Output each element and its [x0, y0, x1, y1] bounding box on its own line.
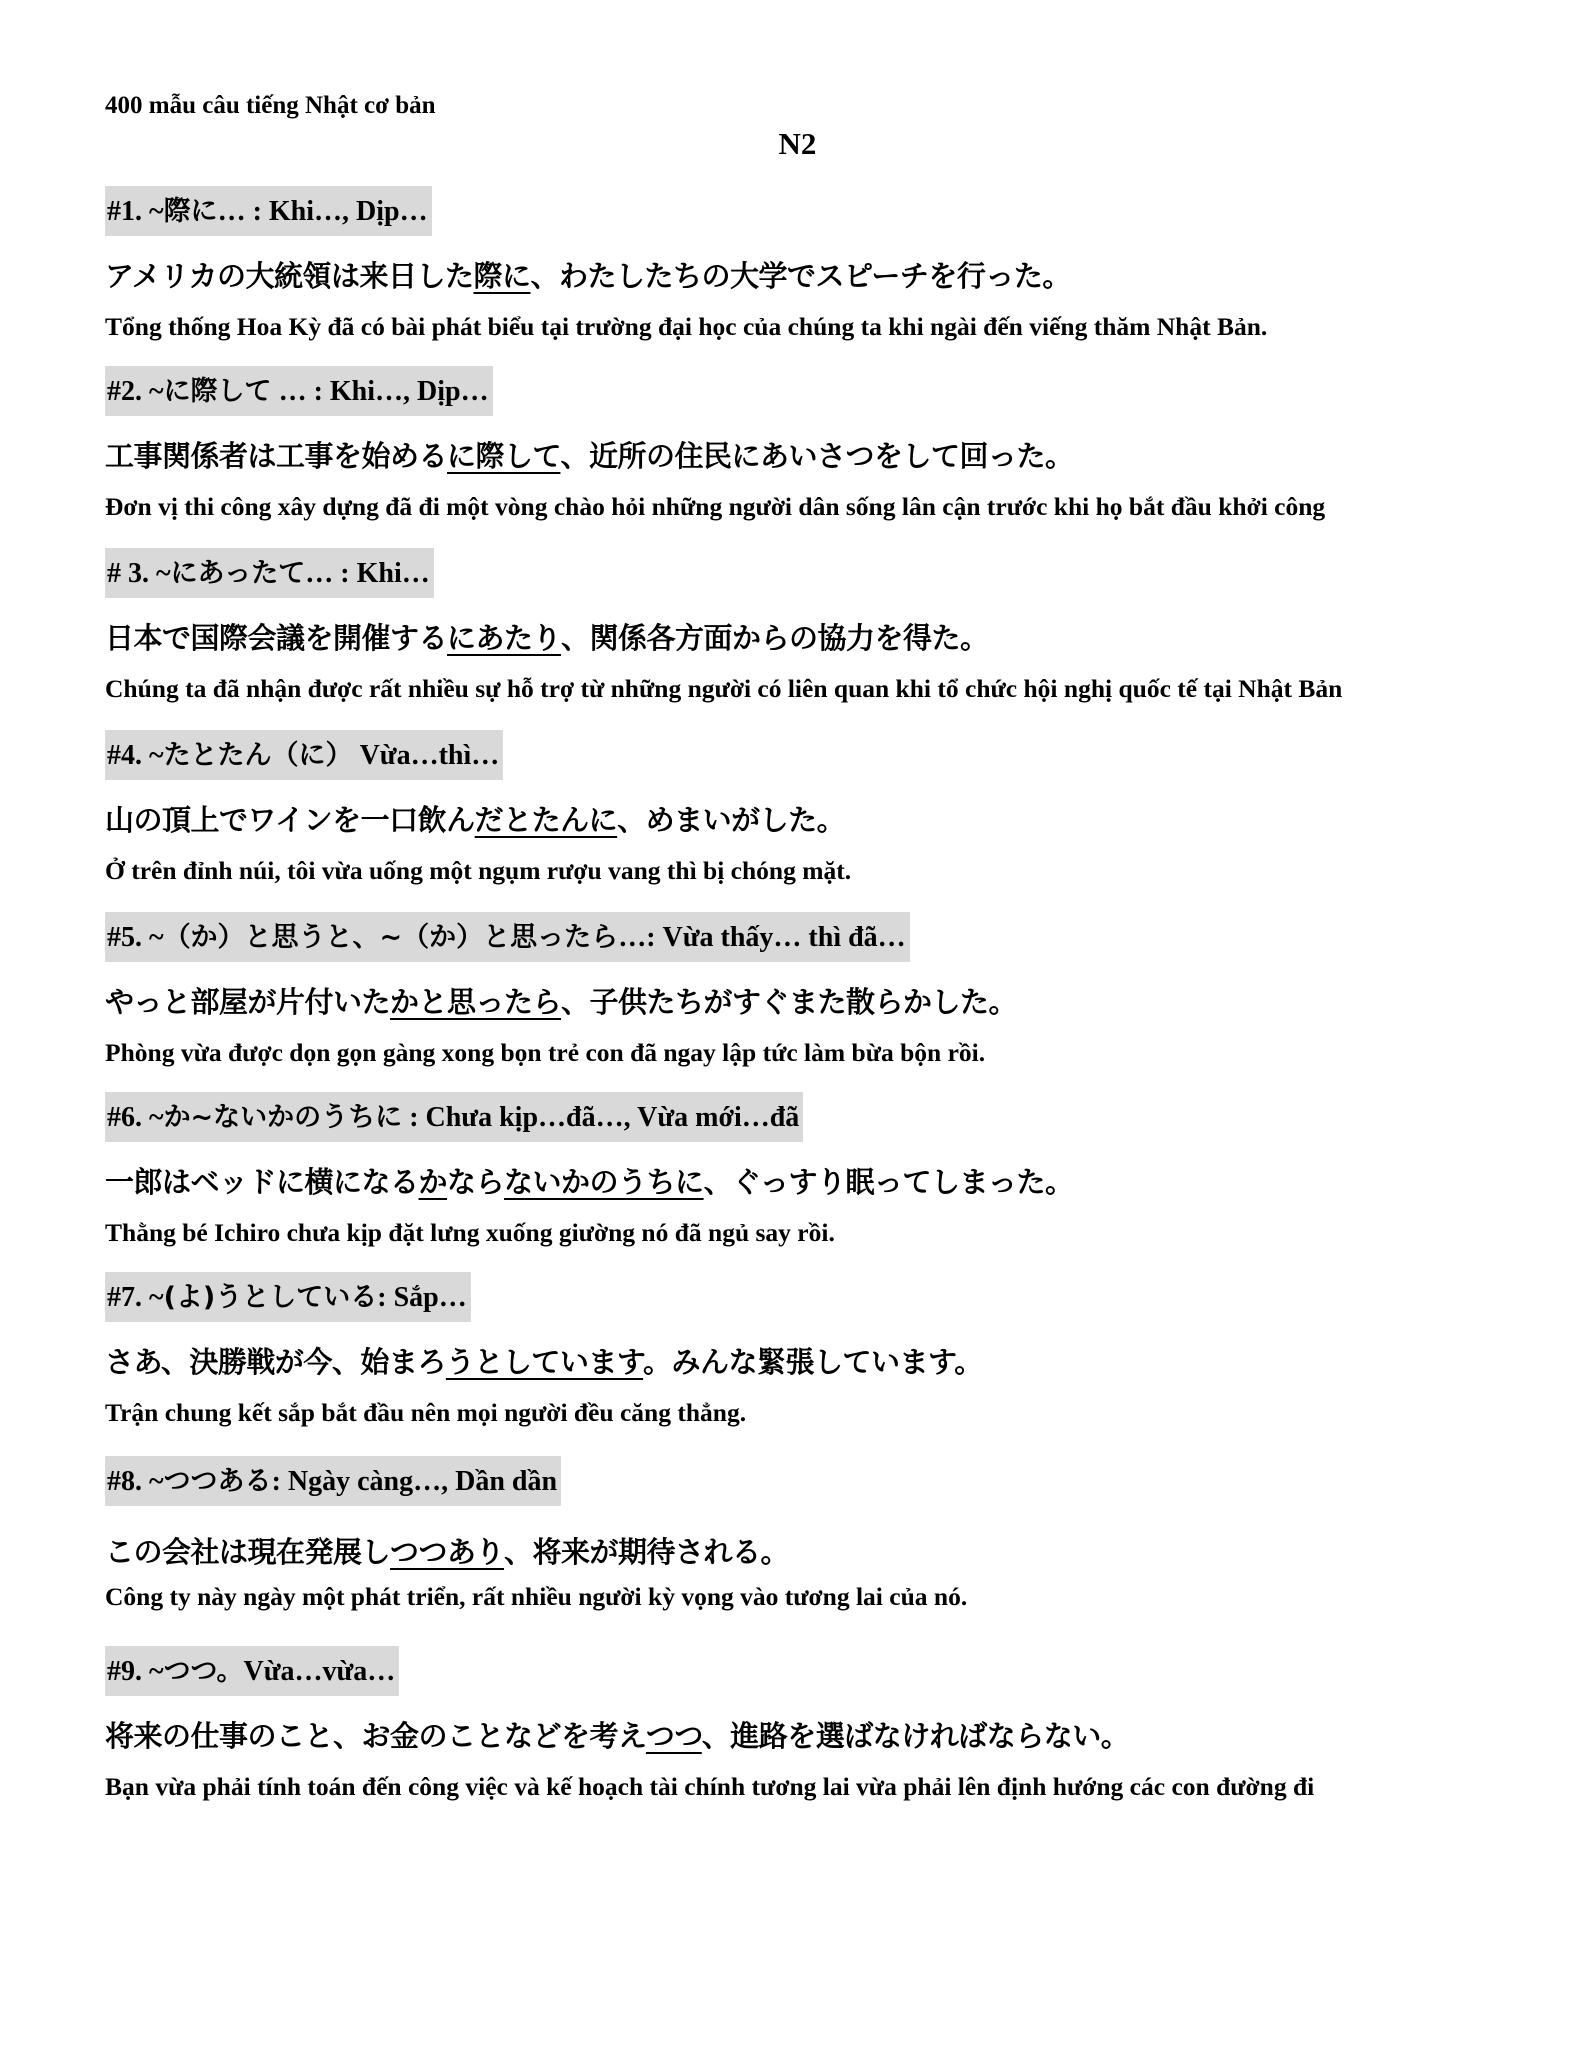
heading-number: #2. ~: [107, 376, 164, 407]
heading-number: #8. ~: [107, 1466, 164, 1497]
example-sentence: やっと部屋が片付いたかと思ったら、子供たちがすぐまた散らかした。: [105, 982, 1525, 1022]
grammar-heading: #2. ~に際して … : Khi…, Dịp…: [105, 366, 493, 416]
example-sentence: 工事関係者は工事を始めるに際して、近所の住民にあいさつをして回った。: [105, 436, 1525, 476]
heading-number: # 3. ~: [107, 558, 171, 589]
document-title: 400 mẫu câu tiếng Nhật cơ bản: [105, 92, 436, 120]
heading-meaning: … : Khi…, Dịp…: [272, 376, 489, 407]
heading-pattern: （か）と思うと、~（か）と思ったら: [164, 922, 619, 953]
grammar-item-8: #8. ~つつある: Ngày càng…, Dần dần この会社は現在発展…: [105, 1456, 1525, 1612]
heading-meaning: … : Khi…, Dịp…: [218, 196, 428, 227]
heading-meaning: : Chưa kịp…đã…, Vừa mới…đã: [402, 1102, 799, 1133]
example-sentence: 将来の仕事のこと、お金のことなどを考えつつ、進路を選ばなければならない。: [105, 1716, 1525, 1756]
underlined-pattern: つつ: [646, 1719, 702, 1753]
example-sentence: 一郎はベッドに横になるかならないかのうちに、ぐっすり眠ってしまった。: [105, 1162, 1525, 1202]
heading-number: #9. ~: [107, 1656, 164, 1687]
grammar-item-2: #2. ~に際して … : Khi…, Dịp… 工事関係者は工事を始めるに際し…: [105, 366, 1525, 522]
grammar-heading: #9. ~つつ。Vừa…vừa…: [105, 1646, 399, 1696]
grammar-heading: #5. ~（か）と思うと、~（か）と思ったら…: Vừa thấy… thì đ…: [105, 912, 910, 962]
heading-meaning: …: Vừa thấy… thì đã…: [618, 922, 906, 953]
grammar-heading: #7. ~(よ)うとしている: Sắp…: [105, 1272, 471, 1322]
underlined-pattern: うとしています: [446, 1345, 643, 1379]
grammar-heading: #6. ~か~ないかのうちに : Chưa kịp…đã…, Vừa mới…đ…: [105, 1092, 803, 1142]
heading-meaning: Vừa…thì…: [353, 740, 500, 771]
grammar-heading: #4. ~たとたん（に） Vừa…thì…: [105, 730, 503, 780]
translation: Thằng bé Ichiro chưa kịp đặt lưng xuống …: [105, 1218, 1525, 1248]
underlined-pattern: つつあり: [390, 1535, 504, 1569]
heading-pattern: か~ないかのうちに: [164, 1102, 403, 1133]
translation: Đơn vị thi công xây dựng đã đi một vòng …: [105, 492, 1525, 522]
heading-number: #4. ~: [107, 740, 164, 771]
example-sentence: さあ、決勝戦が今、始まろうとしています。みんな緊張しています。: [105, 1342, 1525, 1382]
heading-meaning: Vừa…vừa…: [243, 1656, 395, 1687]
heading-pattern: たとたん（に）: [164, 740, 353, 771]
grammar-item-9: #9. ~つつ。Vừa…vừa… 将来の仕事のこと、お金のことなどを考えつつ、進…: [105, 1646, 1525, 1802]
underlined-pattern: だとたんに: [475, 803, 618, 837]
grammar-heading: # 3. ~にあったて… : Khi…: [105, 548, 434, 598]
translation: Công ty này ngày một phát triển, rất nhi…: [105, 1582, 1525, 1612]
grammar-item-1: #1. ~際に… : Khi…, Dịp… アメリカの大統領は来日した際に、わた…: [105, 186, 1525, 342]
heading-number: #1. ~: [107, 196, 164, 227]
translation: Phòng vừa được dọn gọn gàng xong bọn trẻ…: [105, 1038, 1525, 1068]
grammar-item-3: # 3. ~にあったて… : Khi… 日本で国際会議を開催するにあたり、関係各…: [105, 548, 1525, 704]
underlined-pattern: にあたり: [447, 621, 561, 655]
translation: Trận chung kết sắp bắt đầu nên mọi người…: [105, 1398, 1525, 1428]
heading-number: #6. ~: [107, 1102, 164, 1133]
heading-pattern: に際して: [164, 376, 272, 407]
translation: Bạn vừa phải tính toán đến công việc và …: [105, 1772, 1525, 1802]
underlined-pattern: ないかのうちに: [504, 1165, 704, 1199]
translation: Ở trên đỉnh núi, tôi vừa uống một ngụm r…: [105, 856, 1525, 886]
heading-pattern: つつ。: [164, 1656, 244, 1687]
grammar-item-6: #6. ~か~ないかのうちに : Chưa kịp…đã…, Vừa mới…đ…: [105, 1092, 1525, 1248]
example-sentence: 日本で国際会議を開催するにあたり、関係各方面からの協力を得た。: [105, 618, 1525, 658]
heading-number: #5. ~: [107, 922, 164, 953]
example-sentence: アメリカの大統領は来日した際に、わたしたちの大学でスピーチを行った。: [105, 256, 1525, 296]
heading-pattern: にあったて: [171, 558, 306, 589]
heading-pattern: 際に: [164, 196, 218, 227]
heading-pattern: つつある: [164, 1466, 272, 1497]
grammar-heading: #1. ~際に… : Khi…, Dịp…: [105, 186, 432, 236]
grammar-item-4: #4. ~たとたん（に） Vừa…thì… 山の頂上でワインを一口飲んだとたんに…: [105, 730, 1525, 886]
heading-number: #7. ~: [107, 1282, 164, 1313]
underlined-pattern: かと思ったら: [390, 985, 561, 1019]
grammar-item-7: #7. ~(よ)うとしている: Sắp… さあ、決勝戦が今、始まろうとしています…: [105, 1272, 1525, 1428]
level-heading: N2: [105, 126, 1490, 162]
translation: Chúng ta đã nhận được rất nhiều sự hỗ tr…: [105, 674, 1525, 704]
underlined-pattern: 際に: [473, 259, 530, 293]
heading-pattern: (よ)うとしている: [164, 1282, 378, 1313]
grammar-heading: #8. ~つつある: Ngày càng…, Dần dần: [105, 1456, 561, 1506]
example-sentence: 山の頂上でワインを一口飲んだとたんに、めまいがした。: [105, 800, 1525, 840]
grammar-item-5: #5. ~（か）と思うと、~（か）と思ったら…: Vừa thấy… thì đ…: [105, 912, 1525, 1068]
example-sentence: この会社は現在発展しつつあり、将来が期待される。: [105, 1532, 1525, 1572]
underlined-pattern: か: [419, 1165, 448, 1199]
heading-meaning: : Ngày càng…, Dần dần: [272, 1466, 557, 1497]
heading-meaning: : Sắp…: [377, 1282, 466, 1313]
underlined-pattern: に際して: [447, 439, 560, 473]
translation: Tổng thống Hoa Kỳ đã có bài phát biểu tạ…: [105, 312, 1525, 342]
heading-meaning: … : Khi…: [305, 558, 429, 589]
